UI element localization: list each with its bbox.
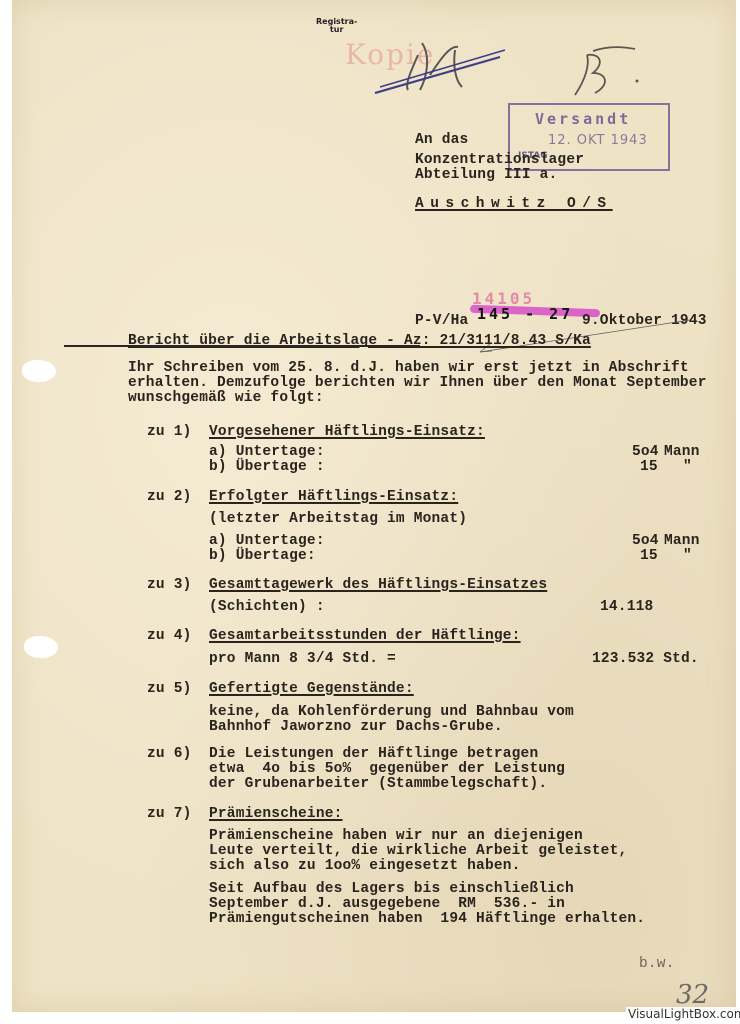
section-4-heading: Gesamtarbeitsstunden der Häftlinge:	[209, 629, 521, 644]
section-1-row-b-value: 15	[640, 460, 658, 475]
section-3-heading: Gesamttagewerk des Häftlings-Einsatzes	[209, 578, 547, 593]
section-1-label: zu 1)	[147, 425, 192, 440]
section-2-row-b-value: 15	[640, 549, 658, 564]
initials-mark	[565, 45, 645, 105]
section-7-text2-3: Prämiengutscheinen haben 194 Häftlinge e…	[209, 912, 645, 927]
versandt-stamp-label: Versandt	[535, 110, 631, 128]
section-7-text-3: sich also zu 1oo% eingesetzt haben.	[209, 859, 521, 874]
intro-line-2: erhalten. Demzufolge berichten wir Ihnen…	[128, 376, 707, 391]
continued-mark: b.w.	[639, 957, 675, 972]
section-5-heading: Gefertigte Gegenstände:	[209, 682, 414, 697]
section-1-row-a-unit: Mann	[664, 445, 700, 460]
section-1-row-a: a) Untertage:	[209, 445, 325, 460]
punch-hole-bottom	[24, 636, 58, 658]
section-3-line: (Schichten) :	[209, 600, 325, 615]
address-city: Auschwitz O/S	[415, 197, 613, 212]
sender-code: P-V/Ha	[415, 314, 468, 329]
section-4-value: 123.532 Std.	[592, 652, 699, 667]
section-2-label: zu 2)	[147, 490, 192, 505]
watermark: VisualLightBox.com	[626, 1007, 740, 1021]
section-2-row-b: b) Übertage:	[209, 549, 316, 564]
section-6-text-3: der Grubenarbeiter (Stammbelegschaft).	[209, 777, 547, 792]
section-7-label: zu 7)	[147, 807, 192, 822]
address-line-3: Abteilung III a.	[415, 168, 557, 183]
section-7-text2-1: Seit Aufbau des Lagers bis einschließlic…	[209, 882, 574, 897]
section-1-row-a-value: 5o4	[632, 445, 659, 460]
section-6-label: zu 6)	[147, 747, 192, 762]
address-line-1: An das	[415, 133, 468, 148]
section-3-value: 14.118	[600, 600, 653, 615]
section-3-label: zu 3)	[147, 578, 192, 593]
section-5-label: zu 5)	[147, 682, 192, 697]
registratur-stamp: Registra- tur	[316, 18, 357, 34]
intro-line-1: Ihr Schreiben vom 25. 8. d.J. haben wir …	[128, 361, 689, 376]
section-1-heading: Vorgesehener Häftlings-Einsatz:	[209, 425, 485, 440]
versandt-stamp-date: 12. OKT 1943	[548, 133, 648, 148]
section-6-text-2: etwa 4o bis 5o% gegenüber der Leistung	[209, 762, 565, 777]
section-5-text-1: keine, da Kohlenförderung und Bahnbau vo…	[209, 705, 574, 720]
section-7-text-2: Leute verteilt, die wirkliche Arbeit gel…	[209, 844, 627, 859]
section-2-row-a-unit: Mann	[664, 534, 700, 549]
punch-hole-top	[22, 360, 56, 382]
section-7-text2-2: September d.J. ausgegebene RM 536.- in	[209, 897, 565, 912]
section-7-text-1: Prämienscheine haben wir nur an diejenig…	[209, 829, 583, 844]
section-2-note: (letzter Arbeitstag im Monat)	[209, 512, 467, 527]
subject-line: Bericht über die Arbeitslage - Az: 21/31…	[128, 334, 591, 349]
section-2-row-b-unit: "	[683, 549, 692, 564]
intro-line-3: wunschgemäß wie folgt:	[128, 391, 324, 406]
section-1-row-b: b) Übertage :	[209, 460, 325, 475]
section-5-text-2: Bahnhof Jaworzno zur Dachs-Grube.	[209, 720, 503, 735]
section-4-line: pro Mann 8 3/4 Std. =	[209, 652, 396, 667]
address-line-2: Konzentrationslager	[415, 153, 584, 168]
crossed-initials-mark	[370, 35, 510, 95]
section-4-label: zu 4)	[147, 629, 192, 644]
section-7-heading: Prämienscheine:	[209, 807, 343, 822]
section-1-row-b-unit: "	[683, 460, 692, 475]
page-number: 32	[676, 980, 709, 1010]
section-2-row-a-value: 5o4	[632, 534, 659, 549]
section-6-text-1: Die Leistungen der Häftlinge betragen	[209, 747, 538, 762]
section-2-row-a: a) Untertage:	[209, 534, 325, 549]
section-2-heading: Erfolgter Häftlings-Einsatz:	[209, 490, 458, 505]
